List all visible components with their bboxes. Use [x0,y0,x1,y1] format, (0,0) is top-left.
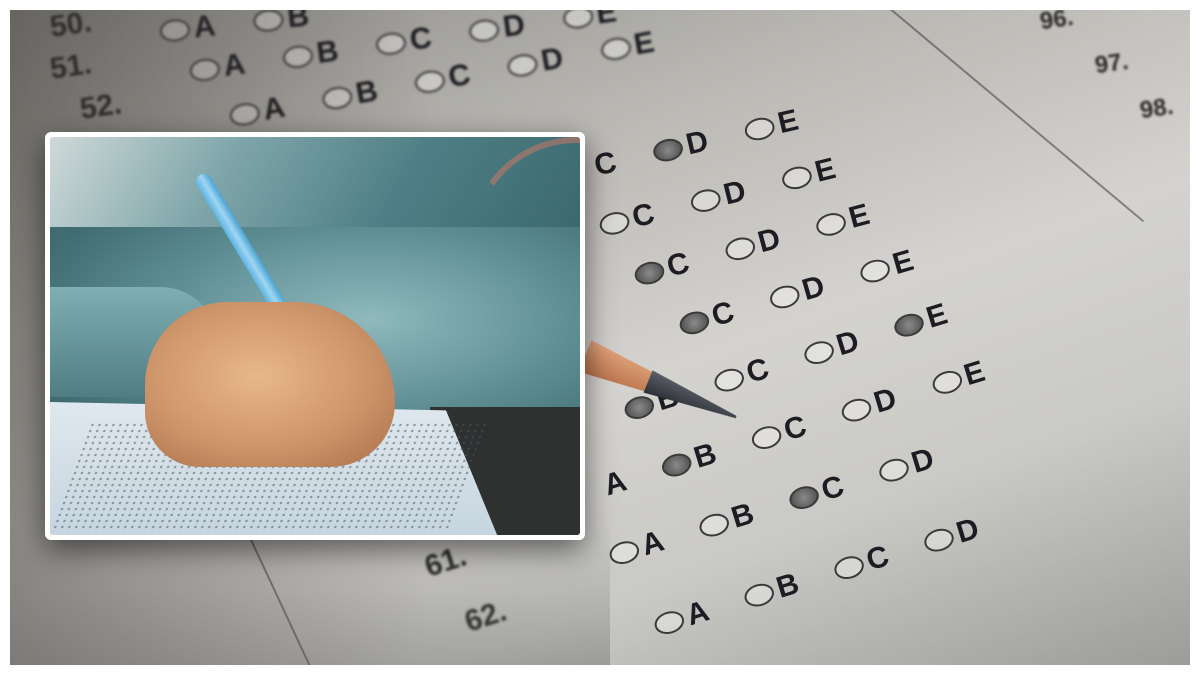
inset-photo-frame [45,132,585,540]
filled-bubble [651,136,685,164]
sheet-fold-line [890,10,1144,222]
filled-bubble [659,450,694,480]
filled-bubble [677,308,712,337]
filled-bubble [632,259,667,288]
inset-photo-hand-writing [50,137,580,535]
question-number: 97. [1093,48,1130,80]
filled-bubble [892,310,927,340]
shadow-overlay [10,525,610,665]
question-number: 96. [1038,10,1075,36]
filled-bubble [787,483,822,513]
question-number: 98. [1138,93,1175,125]
hand [145,302,395,467]
